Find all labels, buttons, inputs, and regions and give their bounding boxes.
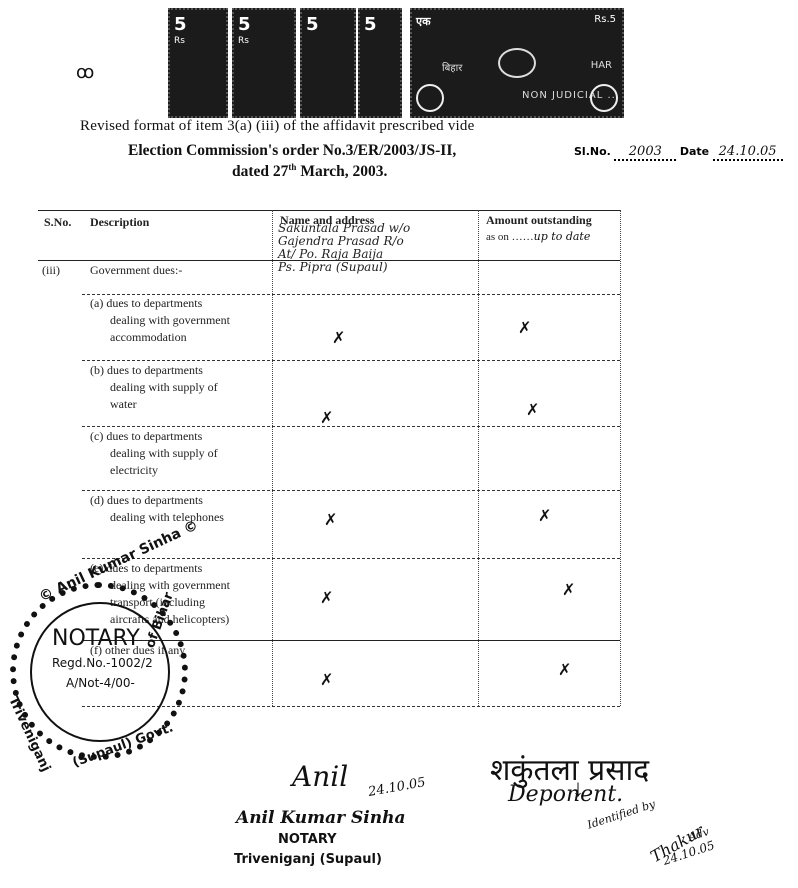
heading-line-3: dated 27th March, 2003. bbox=[232, 162, 387, 181]
column-divider bbox=[478, 210, 479, 706]
seal-reg: Regd.No.-1002/2 bbox=[52, 656, 153, 670]
header-as-on: as on ……up to date bbox=[486, 228, 590, 246]
stamp-value: 5 bbox=[174, 14, 187, 35]
row-label: (b) dues to departments bbox=[90, 363, 203, 377]
notary-signature: Anil bbox=[292, 760, 348, 793]
seal-title: NOTARY bbox=[52, 626, 140, 651]
header-amount: Amount outstanding bbox=[486, 212, 592, 229]
emblem-icon bbox=[498, 48, 536, 78]
table-row: (c) dues to departments dealing with sup… bbox=[90, 428, 218, 479]
row-divider bbox=[82, 426, 620, 427]
cross-mark: ✗ bbox=[320, 408, 333, 427]
table-border-top bbox=[38, 210, 620, 211]
cross-mark: ✗ bbox=[332, 328, 345, 347]
cross-mark: ✗ bbox=[562, 580, 575, 599]
table-row: (a) dues to departments dealing with gov… bbox=[90, 295, 230, 346]
stamp-top-left: एक bbox=[416, 14, 431, 29]
stamp-value: 5 bbox=[238, 14, 251, 35]
court-fee-stamp: 5 bbox=[358, 8, 402, 118]
stamp-currency: Rs bbox=[238, 36, 249, 46]
table-row: (d) dues to departments dealing with tel… bbox=[90, 492, 224, 526]
stamp-left-text: बिहार bbox=[442, 60, 462, 74]
header-sno: S.No. bbox=[44, 214, 71, 231]
notary-title: NOTARY bbox=[278, 832, 337, 847]
court-fee-stamp: 5 Rs bbox=[232, 8, 296, 118]
row-line: electricity bbox=[90, 462, 218, 479]
date-label: Date bbox=[680, 145, 709, 158]
cross-mark: ✗ bbox=[558, 660, 571, 679]
cross-mark: ✗ bbox=[320, 588, 333, 607]
heading-date-suffix: March, 2003. bbox=[296, 163, 387, 180]
cross-mark: ✗ bbox=[320, 670, 333, 689]
serial-label: Sl.No. bbox=[574, 145, 611, 158]
cross-mark: ✗ bbox=[518, 318, 531, 337]
stamp-center-text: HAR bbox=[591, 60, 612, 71]
address-line: Ps. Pipra (Supaul) bbox=[278, 261, 410, 274]
header-description: Description bbox=[90, 214, 149, 231]
heading-date-prefix: dated 27 bbox=[232, 163, 288, 180]
stamp-currency: Rs bbox=[174, 36, 185, 46]
cross-mark: ✗ bbox=[324, 510, 337, 529]
notary-signature-date: 24.10.05 bbox=[367, 775, 427, 800]
cross-mark: ✗ bbox=[526, 400, 539, 419]
row-divider bbox=[82, 558, 620, 559]
row-line: dealing with government bbox=[90, 312, 230, 329]
table-row: (b) dues to departments dealing with sup… bbox=[90, 362, 218, 413]
serial-value: 2003 bbox=[614, 144, 676, 161]
row-line: water bbox=[90, 396, 218, 413]
notary-name: Anil Kumar Sinha bbox=[236, 808, 406, 828]
seal-icon bbox=[416, 84, 444, 112]
row-divider bbox=[82, 360, 620, 361]
stamp-value: Rs.5 bbox=[594, 14, 616, 25]
column-divider bbox=[620, 210, 621, 706]
stamp-value: 5 bbox=[364, 14, 377, 35]
notary-place: Triveniganj (Supaul) bbox=[234, 852, 382, 867]
row-line: dealing with supply of bbox=[90, 445, 218, 462]
deponent-label: Deponent. bbox=[508, 782, 623, 807]
non-judicial-stamp: एक Rs.5 बिहार HAR NON JUDICIAL ... bbox=[410, 8, 624, 118]
column-divider bbox=[272, 210, 273, 706]
court-fee-stamp: 5 bbox=[300, 8, 356, 118]
section-title: Government dues:- bbox=[90, 262, 182, 279]
arrow-down-icon: ↓ bbox=[572, 776, 584, 803]
date-value: 24.10.05 bbox=[713, 144, 783, 161]
notary-seal-inner-ring bbox=[30, 602, 170, 742]
heading-line-2: Election Commission's order No.3/ER/2003… bbox=[128, 142, 456, 160]
section-sno: (iii) bbox=[42, 262, 60, 279]
name-address-handwritten: Sakuntala Prasad w/o Gajendra Prasad R/o… bbox=[278, 222, 410, 274]
row-line: accommodation bbox=[90, 329, 230, 346]
heading-line-1: Revised format of item 3(a) (iii) of the… bbox=[80, 118, 600, 135]
as-on-value: up to date bbox=[534, 230, 591, 243]
row-label: (a) dues to departments bbox=[90, 296, 202, 310]
row-label: (c) dues to departments bbox=[90, 429, 202, 443]
row-line: dealing with supply of bbox=[90, 379, 218, 396]
stamp-value: 5 bbox=[306, 14, 319, 35]
as-on-label: as on bbox=[486, 231, 509, 243]
seal-icon bbox=[590, 84, 618, 112]
serial-date-block: Sl.No. 2003 Date 24.10.05 bbox=[574, 144, 783, 161]
stray-mark: ꝏ bbox=[76, 62, 94, 83]
seal-no: A/Not-4/00- bbox=[66, 676, 135, 690]
court-fee-stamp: 5 Rs bbox=[168, 8, 228, 118]
row-label: (d) dues to departments bbox=[90, 493, 203, 507]
row-divider bbox=[82, 490, 620, 491]
cross-mark: ✗ bbox=[538, 506, 551, 525]
row-line: dealing with telephones bbox=[90, 509, 224, 526]
